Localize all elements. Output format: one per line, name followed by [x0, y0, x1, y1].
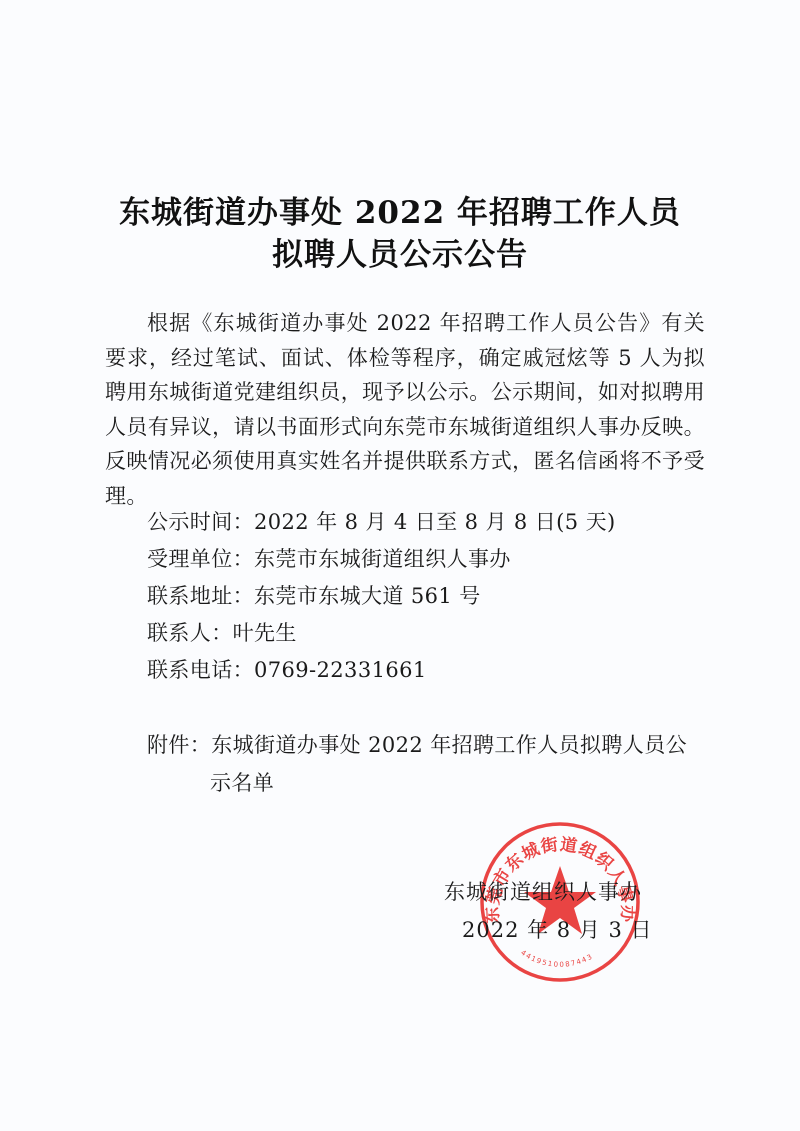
attachment-text: 东城街道办事处 2022 年招聘工作人员拟聘人员公示名单: [210, 726, 707, 802]
detail-label: 公示时间：: [147, 510, 254, 534]
attachment-label: 附件：: [147, 726, 211, 764]
detail-contact-address: 联系地址：东莞市东城大道 561 号: [147, 580, 481, 610]
detail-label: 受理单位：: [147, 547, 254, 571]
detail-value: 东莞市东城街道组织人事办: [254, 547, 511, 571]
detail-label: 联系电话：: [147, 658, 254, 682]
detail-value: 叶先生: [233, 621, 297, 645]
seal-number: 4419510087443: [519, 949, 594, 969]
detail-contact-phone: 联系电话：0769-22331661: [147, 654, 427, 684]
body-paragraph: 根据《东城街道办事处 2022 年招聘工作人员公告》有关要求，经过笔试、面试、体…: [105, 306, 705, 513]
detail-publicity-period: 公示时间：2022 年 8 月 4 日至 8 月 8 日(5 天): [147, 506, 616, 536]
detail-value: 0769-22331661: [254, 658, 427, 682]
detail-handling-unit: 受理单位：东莞市东城街道组织人事办: [147, 543, 511, 573]
detail-contact-person: 联系人：叶先生: [147, 617, 297, 647]
document-title-line-2: 拟聘人员公示公告: [0, 229, 800, 274]
detail-value: 东莞市东城大道 561 号: [254, 584, 481, 608]
attachment-note: 附件： 东城街道办事处 2022 年招聘工作人员拟聘人员公示名单: [147, 726, 707, 802]
detail-label: 联系人：: [147, 621, 233, 645]
detail-value: 2022 年 8 月 4 日至 8 月 8 日(5 天): [254, 510, 616, 534]
svg-text:4419510087443: 4419510087443: [519, 949, 594, 969]
document-title-line-1: 东城街道办事处 2022 年招聘工作人员: [0, 187, 800, 232]
signature-organization: 东城街道组织人事办: [444, 876, 642, 906]
signature-date: 2022 年 8 月 3 日: [462, 914, 653, 944]
detail-label: 联系地址：: [147, 584, 254, 608]
